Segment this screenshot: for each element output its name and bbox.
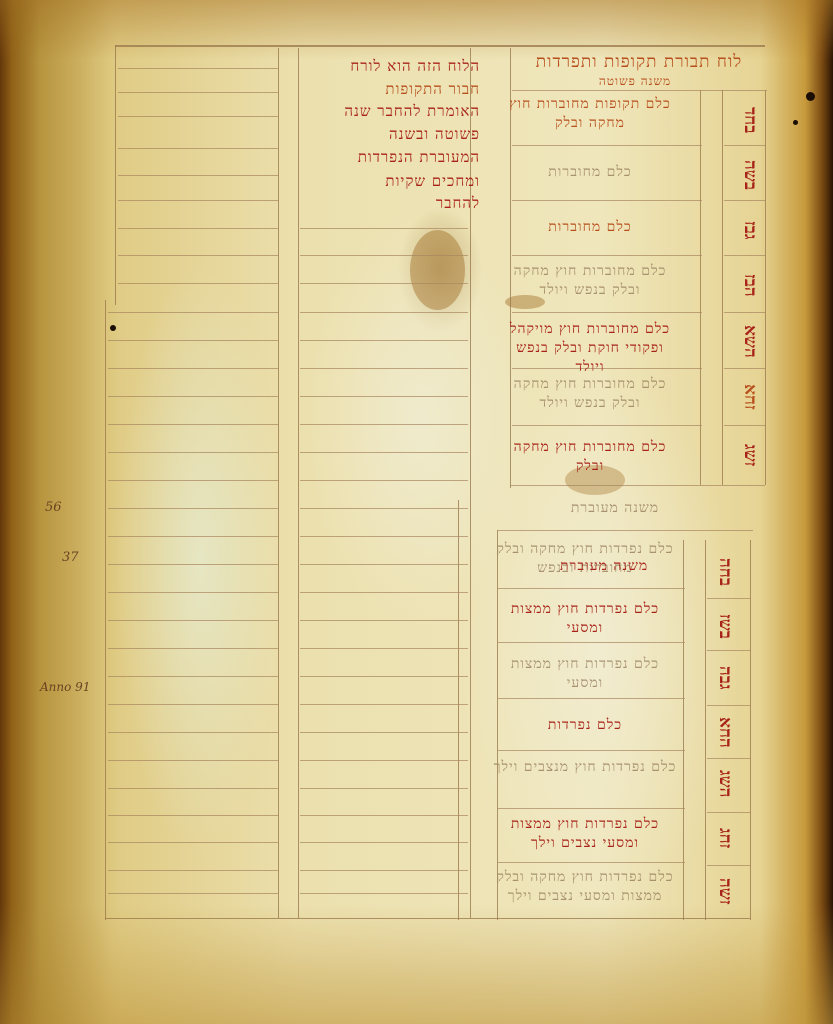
date-cell: החא: [705, 708, 735, 756]
table-cell: כלם נפרדות חוץ ממצות ומסעי: [492, 600, 678, 638]
date-cell: בשז: [705, 602, 735, 650]
manuscript-page: לוח תבורת תקופות ותפרדות משנה פשוטה הלוח…: [0, 0, 833, 1024]
table-cell: כלם מחוברות חוץ מויקהל ופקודי חוקת ובלק …: [500, 320, 680, 377]
edge-shading: [0, 0, 833, 60]
ruling-column: [750, 540, 751, 920]
note-line: להחבר: [305, 192, 480, 214]
ruling-column: [278, 48, 279, 918]
ruling-column: [683, 540, 684, 920]
table-cell: כלם מחוברות: [500, 218, 680, 237]
ruling-column: [458, 500, 459, 920]
date-cell: בחד: [730, 95, 760, 145]
ruling-column: [722, 90, 723, 485]
table-cell: כלם נפרדות חוץ מנצבים וילך: [492, 758, 678, 777]
section-label: משנה מעוברת: [520, 500, 710, 517]
date-cell: זשג: [730, 430, 760, 480]
margin-note: Anno 91: [40, 680, 90, 694]
overwritten-label: משנה מעוברת: [560, 558, 648, 575]
ruling-left: [105, 300, 106, 920]
ruling-column: [298, 48, 299, 918]
table-cell: כלם מחוברות: [500, 163, 680, 182]
table-cell: כלם מחוברות חוץ מחקה ובלק בנפש ויולד: [500, 262, 680, 300]
date-cell: השג: [705, 760, 735, 808]
date-cell: זשה: [705, 866, 735, 916]
date-cell: בחה: [705, 548, 735, 596]
ink-dot: [110, 325, 116, 331]
table-cell: כלם נפרדות חוץ ממצות ומסעי נצבים וילך: [492, 815, 678, 853]
margin-note: 37: [62, 550, 79, 565]
date-cell: גבז: [730, 205, 760, 255]
table-cell: כלם מחוברות חוץ מחקה ובלק בנפש ויולד: [500, 375, 680, 413]
note-line: ומחכים שקיות: [305, 170, 480, 192]
binding-hole: [806, 92, 815, 101]
ruling-bottom: [105, 918, 750, 919]
table-subtitle: משנה פשוטה: [560, 74, 710, 89]
date-cell: השא: [730, 316, 760, 366]
table-title: לוח תבורת תקופות ותפרדות: [515, 52, 763, 72]
date-cell: זחא: [730, 372, 760, 422]
margin-note: 56: [45, 500, 62, 515]
table-cell: כלם תקופות מחוברות חוץ מחקה ובלק: [500, 95, 680, 133]
note-line: חבור התקופות: [305, 78, 480, 100]
date-cell: גבה: [705, 654, 735, 702]
note-line: המעוברת הנפרדות: [305, 146, 480, 168]
date-cell: הבז: [730, 260, 760, 310]
note-line: פשוטה ובשנה: [305, 123, 480, 145]
ruling-left: [115, 45, 116, 305]
table-cell: כלם מחוברות חוץ מחקה ובלק: [500, 438, 680, 476]
table-cell: כלם נפרדות: [492, 716, 678, 735]
table-cell: כלם נפרדות חוץ ממצות ומסעי: [492, 655, 678, 693]
binding-hole: [793, 120, 798, 125]
table-cell: כלם נפרדות חוץ מחקה ובלק ממצות ומסעי נצב…: [492, 868, 678, 906]
ruling-top: [115, 45, 765, 47]
edge-shading: [0, 904, 833, 1024]
note-line: האומרת להחבר שנה: [305, 100, 480, 122]
note-line: הלוח הזה הוא לורח: [305, 55, 480, 77]
date-cell: בשה: [730, 150, 760, 200]
date-cell: זחג: [705, 814, 735, 862]
water-stain: [410, 230, 465, 310]
